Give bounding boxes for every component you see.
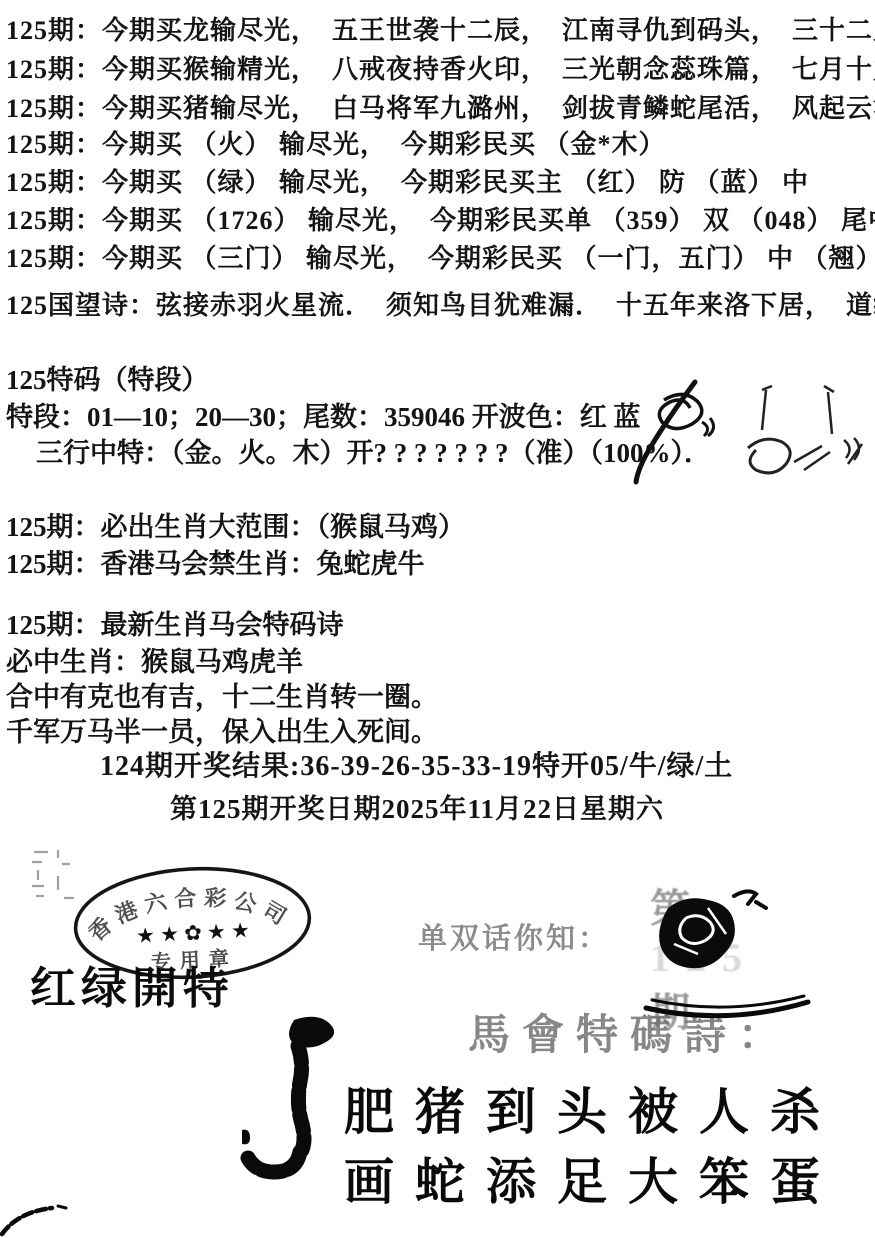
lottery-tip-sheet: { "page": { "background": "#ffffff", "in… bbox=[0, 0, 875, 1238]
tip-line-3: 125期：今期买猪输尽光， 白马将军九潞州， 剑拔青鳞蛇尾活， 风起云涌桃花源。 bbox=[6, 88, 875, 125]
poem-must-line: 必中生肖：猴鼠马鸡虎羊 bbox=[6, 640, 303, 679]
odd-even-label: 单双话你知： bbox=[418, 916, 610, 957]
big-poem-line-2: 画蛇添足大笨蛋 bbox=[344, 1142, 841, 1214]
tip-line-7: 125期：今期买 （三门） 输尽光， 今期彩民买 （一门，五门） 中 （翘） bbox=[6, 238, 875, 275]
special-title: 125特码（特段） bbox=[6, 358, 209, 397]
tip-line-5: 125期：今期买 （绿） 输尽光， 今期彩民买主 （红） 防 （蓝） 中 bbox=[6, 162, 809, 199]
big-poem-line-1: 肥猪到头被人杀 bbox=[344, 1072, 841, 1144]
corner-ink-arc bbox=[0, 1202, 72, 1238]
guowang-poem-line: 125国望诗：弦接赤羽火星流． 须知鸟目犹难漏． 十五年来洛下居， 道缘俗累两何… bbox=[6, 285, 875, 322]
ink-arc-stroke bbox=[642, 992, 812, 1026]
seal-stars-row: ★ ★ ✿ ★ ★ bbox=[135, 918, 250, 948]
ink-scribble-blob bbox=[638, 888, 778, 976]
poem-title-line: 125期：最新生肖马会特码诗 bbox=[6, 603, 344, 642]
tip-line-4: 125期：今期买 （火） 输尽光， 今期彩民买 （金*木） bbox=[6, 124, 666, 161]
zodiac-range-line: 125期：必出生肖大范围：（猴鼠马鸡） bbox=[6, 505, 465, 544]
tip-line-2: 125期：今期买猴输精光， 八戒夜持香火印， 三光朝念蕊珠篇， 七月十九下凡间。 bbox=[6, 49, 875, 86]
zodiac-ban-line: 125期：香港马会禁生肖：兔蛇虎牛 bbox=[6, 542, 425, 581]
red-green-caption: 红绿開特 bbox=[30, 952, 234, 1016]
handwritten-scribble bbox=[598, 378, 873, 488]
special-segment: 特段：01—10；20—30；尾数：359046 开波色：红 蓝 bbox=[6, 395, 641, 434]
poem-line-1: 合中有克也有吉，十二生肖转一圈。 bbox=[6, 675, 438, 714]
tip-line-6: 125期：今期买 （1726） 输尽光， 今期彩民买单 （359） 双 （048… bbox=[6, 200, 875, 237]
snake-ink-drawing bbox=[236, 1012, 344, 1190]
faint-ink-marks bbox=[28, 846, 88, 908]
tip-line-1: 125期：今期买龙输尽光， 五王世袭十二辰， 江南寻仇到码头， 三十二里孤舟追。 bbox=[6, 10, 875, 47]
next-draw-date: 第125期开奖日期2025年11月22日星期六 bbox=[170, 787, 664, 826]
last-draw-result: 124期开奖结果:36-39-26-35-33-19特开05/牛/绿/土 bbox=[100, 744, 733, 784]
